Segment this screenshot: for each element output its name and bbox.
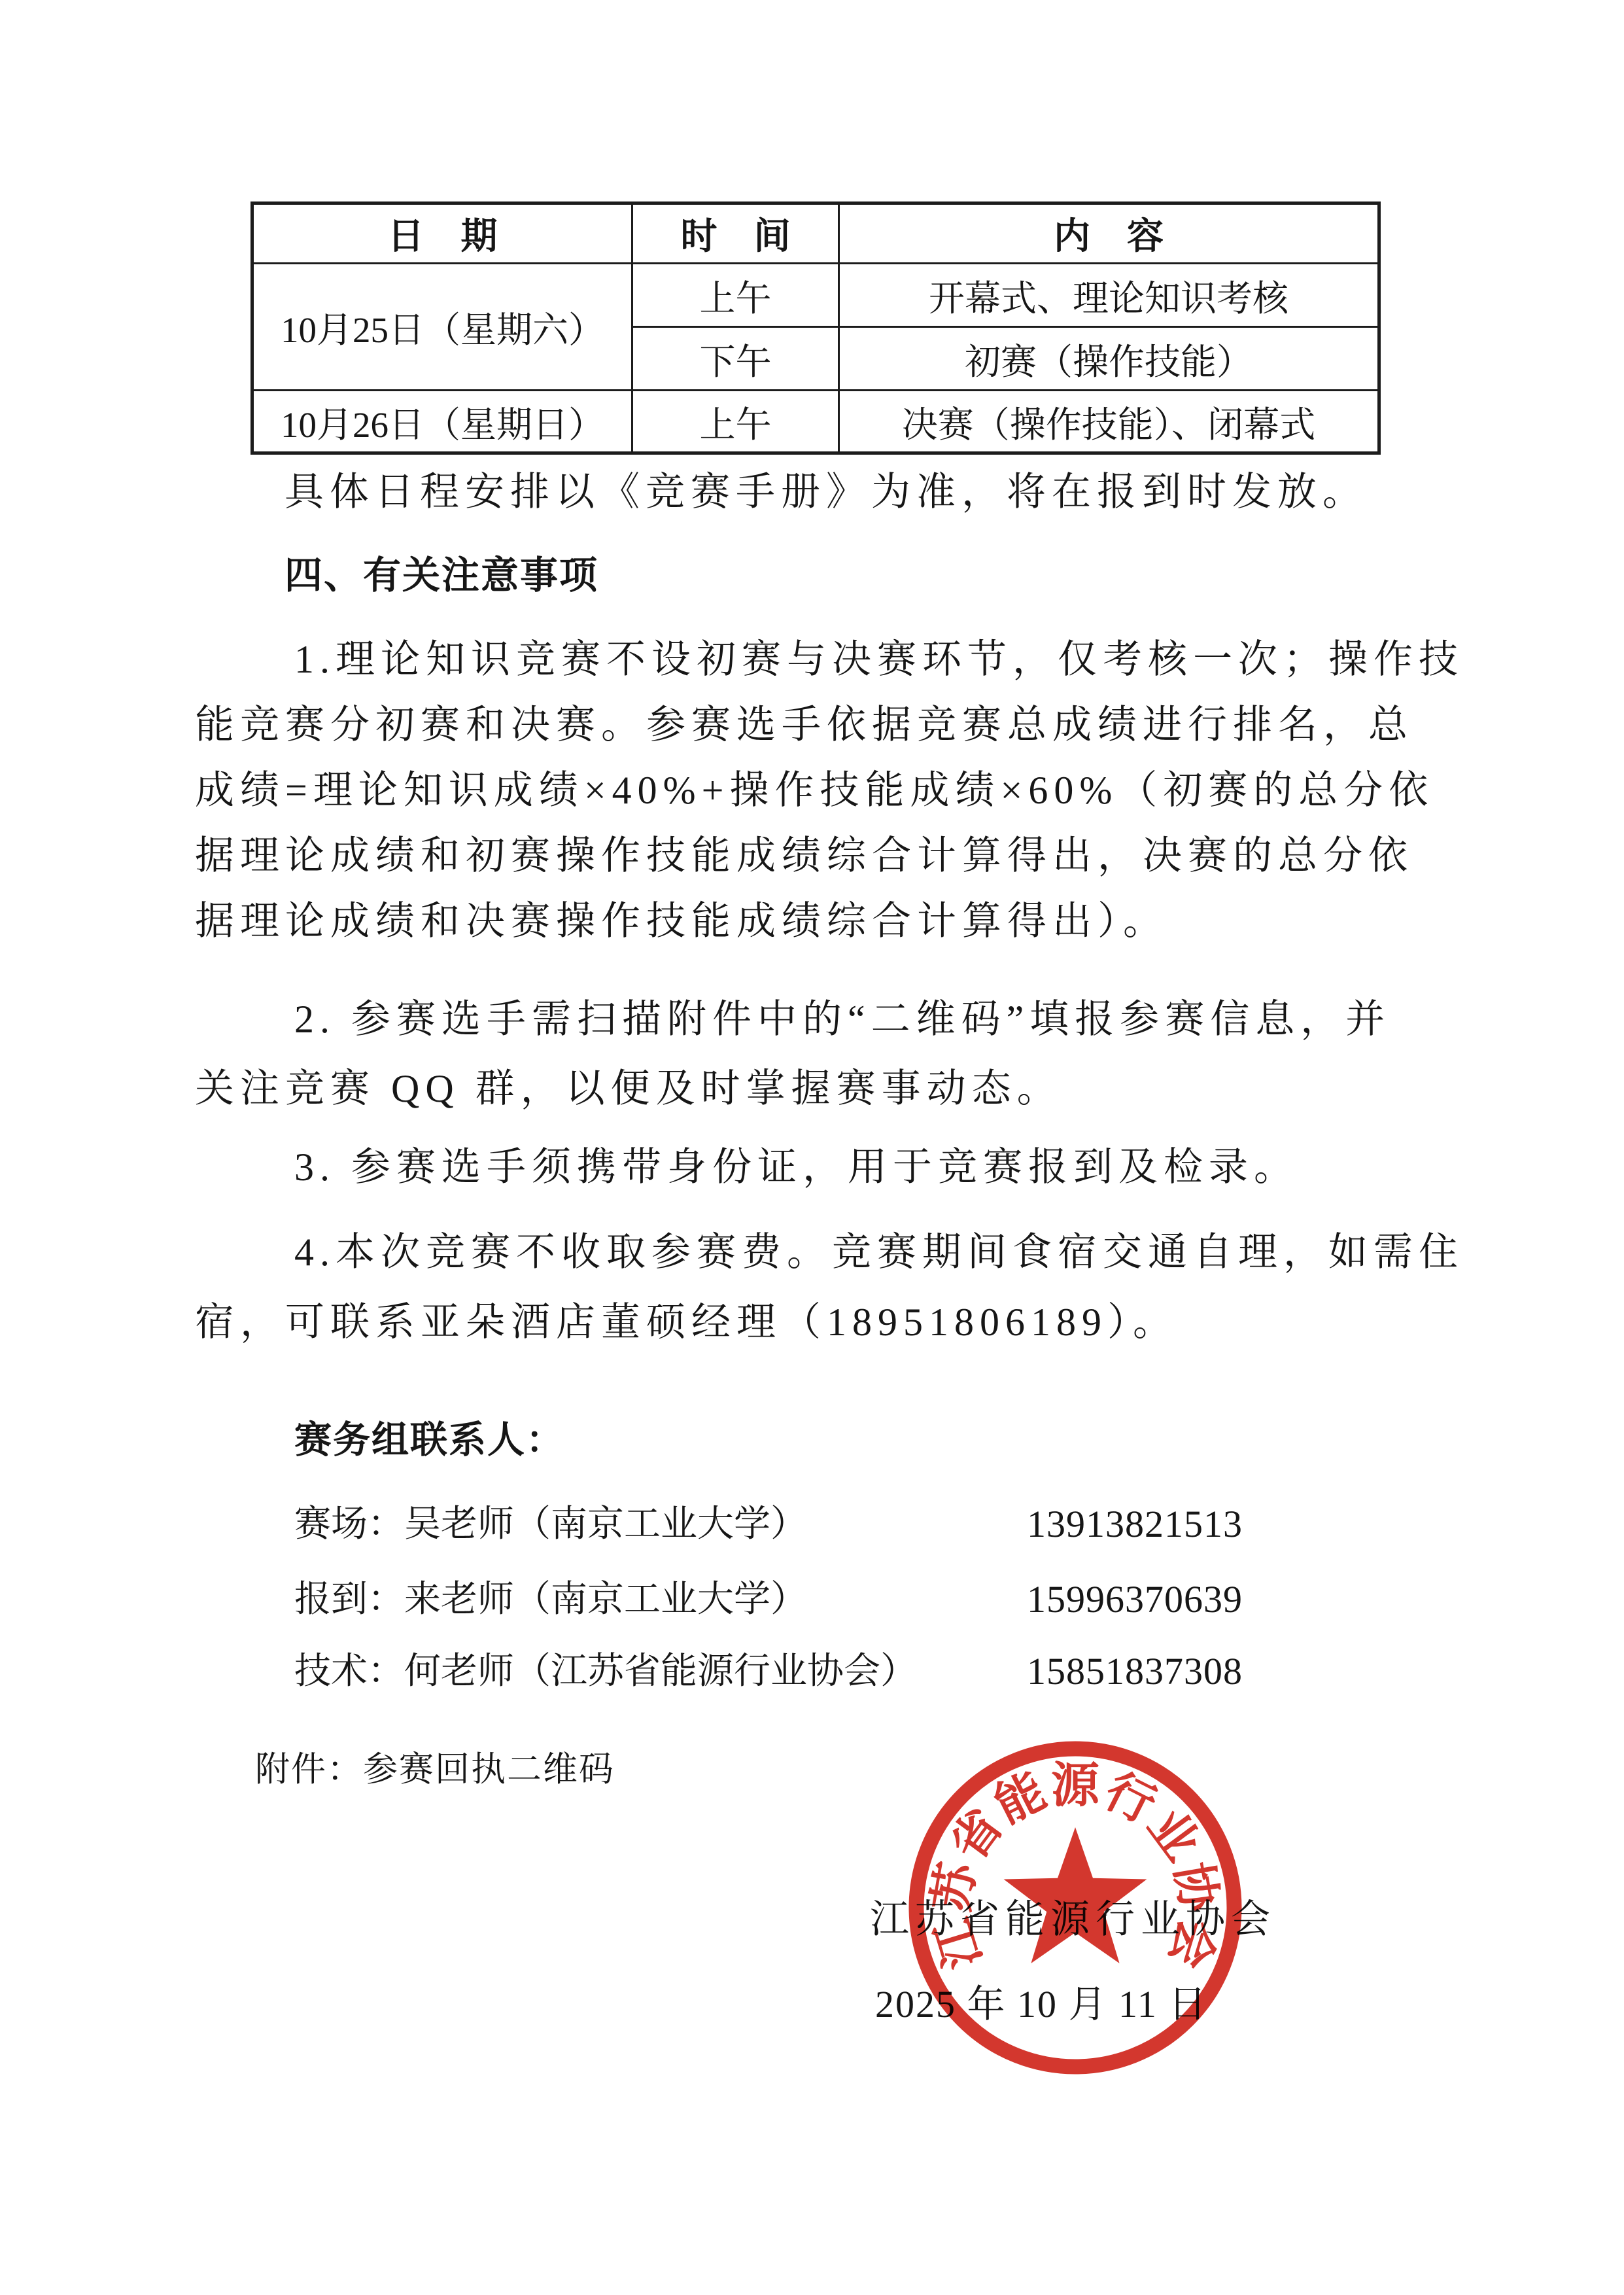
svg-text:会: 会: [1159, 1912, 1224, 1974]
cell-time-afternoon: 下午: [632, 327, 839, 391]
note4-line1: 4.本次竞赛不收取参赛费。竞赛期间食宿交通自理，如需住: [294, 1228, 1464, 1276]
note3-line: 3. 参赛选手须携带身份证，用于竞赛报到及检录。: [294, 1143, 1299, 1191]
svg-text:江: 江: [926, 1912, 992, 1974]
note1-line4: 据理论成绩和初赛操作技能成绩综合计算得出，决赛的总分依: [195, 832, 1413, 880]
section-heading: 四、有关注意事项: [285, 552, 598, 600]
contact-phone: 15851837308: [1027, 1647, 1243, 1696]
cell-time-morning: 上午: [632, 264, 839, 327]
note4-line2: 宿，可联系亚朵酒店董硕经理（18951806189）。: [195, 1298, 1178, 1346]
cell-content-final: 决赛（操作技能）、闭幕式: [839, 391, 1379, 453]
contact-label: 报到：来老师（南京工业大学）: [294, 1579, 807, 1620]
note1-line2: 能竞赛分初赛和决赛。参赛选手依据竞赛总成绩进行排名，总: [195, 701, 1413, 749]
note1-line3: 成绩=理论知识成绩×40%+操作技能成绩×60%（初赛的总分依: [195, 766, 1434, 815]
contact-phone: 13913821513: [1027, 1500, 1243, 1549]
table-row: 10月25日（星期六） 上午 开幕式、理论知识考核: [252, 264, 1379, 327]
attachment-line: 附件：参赛回执二维码: [255, 1742, 615, 1791]
official-seal: 江苏省能源行业协会: [905, 1738, 1245, 2078]
table-row: 10月26日（星期日） 上午 决赛（操作技能）、闭幕式: [252, 391, 1379, 453]
contacts-heading: 赛务组联系人：: [294, 1410, 564, 1463]
header-content: 内 容: [839, 203, 1379, 264]
note2-line2: 关注竞赛 QQ 群，以便及时掌握赛事动态。: [195, 1064, 1062, 1113]
header-date: 日 期: [252, 203, 632, 264]
header-time: 时 间: [632, 203, 839, 264]
cell-date-oct26: 10月26日（星期日）: [252, 391, 632, 453]
cell-date-oct25: 10月25日（星期六）: [252, 264, 632, 391]
note1-line5: 据理论成绩和决赛操作技能成绩综合计算得出）。: [195, 897, 1168, 945]
contact-row-registration: 报到：来老师（南京工业大学） 15996370639: [294, 1575, 1275, 1624]
cell-content-opening: 开幕式、理论知识考核: [839, 264, 1379, 327]
schedule-note-line: 具体日程安排以《竞赛手册》为准，将在报到时发放。: [285, 468, 1368, 516]
svg-text:协: 协: [1165, 1859, 1226, 1918]
contact-label: 赛场：吴老师（南京工业大学）: [294, 1504, 807, 1545]
seal-star: [1004, 1827, 1147, 1963]
schedule-table: 日 期 时 间 内 容 10月25日（星期六） 上午 开幕式、理论知识考核 下午…: [251, 201, 1381, 455]
contact-label: 技术：何老师（江苏省能源行业协会）: [294, 1651, 917, 1692]
cell-time-morning2: 上午: [632, 391, 839, 453]
note1-line1: 1.理论知识竞赛不设初赛与决赛环节，仅考核一次；操作技: [294, 635, 1464, 684]
note2-line1: 2. 参赛选手需扫描附件中的“二维码”填报参赛信息，并: [294, 995, 1391, 1043]
contact-row-venue: 赛场：吴老师（南京工业大学） 13913821513: [294, 1500, 1275, 1549]
svg-text:苏: 苏: [925, 1857, 986, 1916]
svg-text:源: 源: [1051, 1759, 1101, 1813]
document-page: 日 期 时 间 内 容 10月25日（星期六） 上午 开幕式、理论知识考核 下午…: [0, 0, 1624, 2295]
table-header-row: 日 期 时 间 内 容: [252, 203, 1379, 264]
cell-content-preliminary: 初赛（操作技能）: [839, 327, 1379, 391]
contact-phone: 15996370639: [1027, 1575, 1243, 1624]
contact-row-technical: 技术：何老师（江苏省能源行业协会） 15851837308: [294, 1647, 1275, 1696]
